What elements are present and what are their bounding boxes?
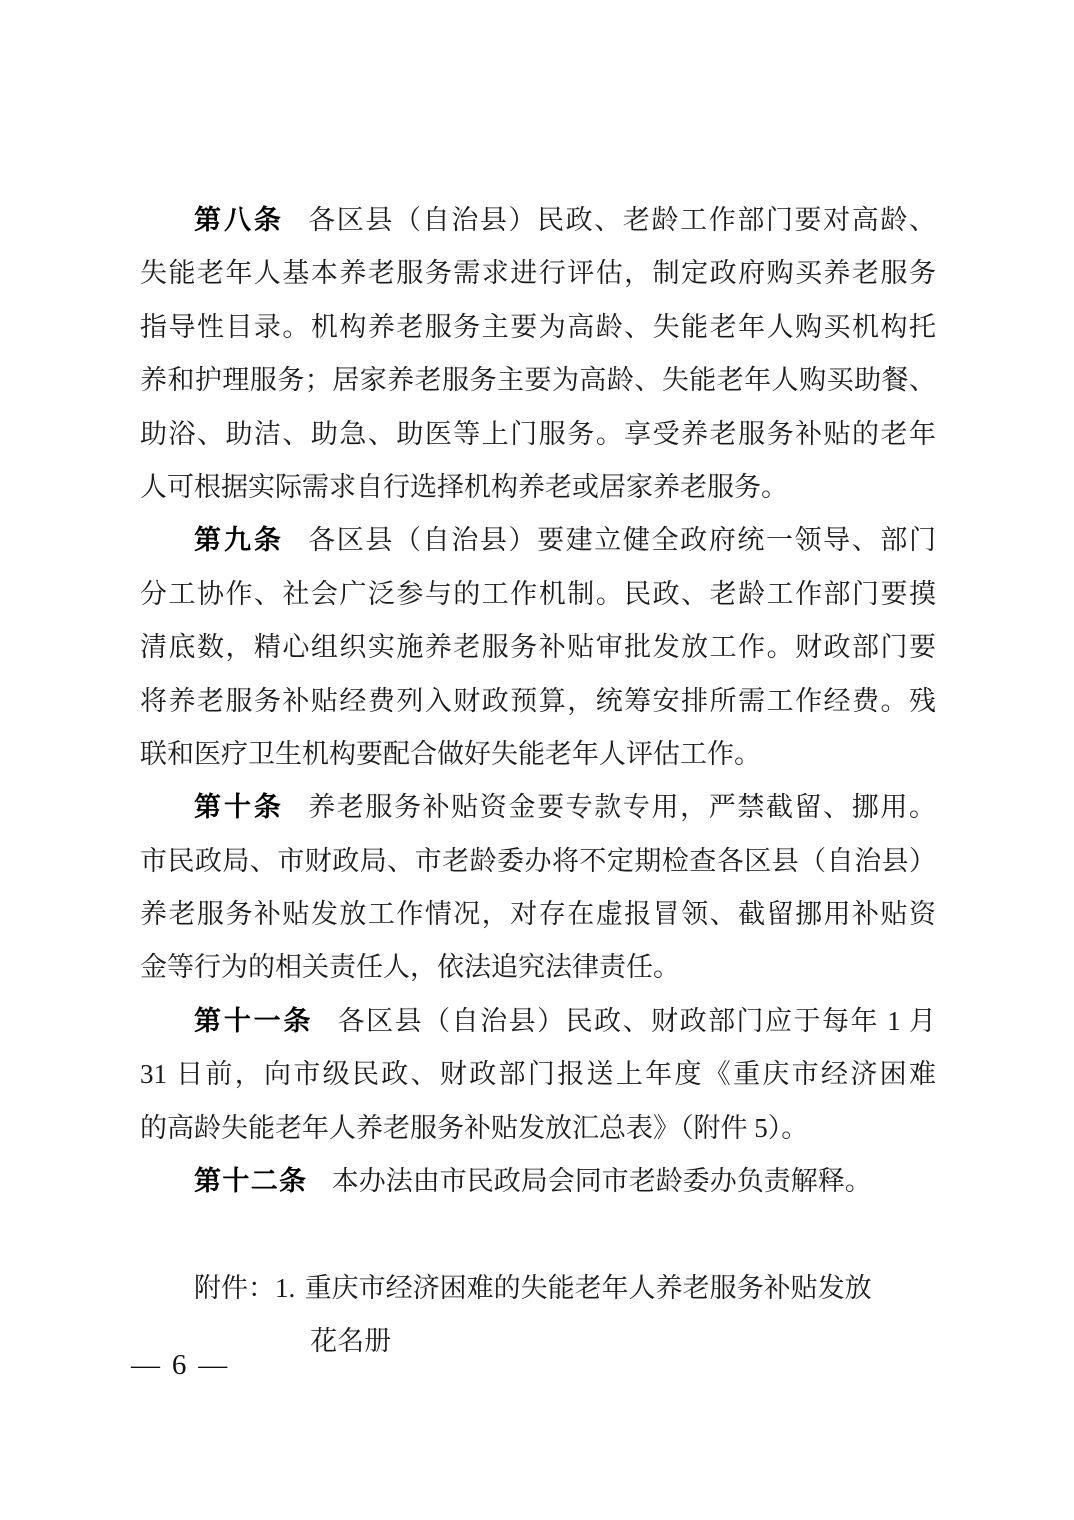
articles-container: 第八条各区县（自治县）民政、老龄工作部门要对高龄、失能老年人基本养老服务需求进行… (140, 194, 936, 1208)
article-paragraph-5: 第十二条本办法由市民政局会同市老龄委办负责解释。 (140, 1155, 936, 1208)
attachment-block: 附件：1.重庆市经济困难的失能老年人养老服务补贴发放 花名册 (140, 1262, 936, 1369)
attachment-line-1: 附件：1.重庆市经济困难的失能老年人养老服务补贴发放 (140, 1262, 936, 1315)
article-first-line: 第八条各区县（自治县）民政、老龄工作部门要对高龄、 (140, 194, 936, 247)
article-line: 养老服务补贴发放工作情况，对存在虚报冒领、截留挪用补贴资 (140, 888, 936, 941)
article-paragraph-4: 第十一条各区县（自治县）民政、财政部门应于每年 1 月31 日前，向市级民政、财… (140, 995, 936, 1155)
article-paragraph-2: 第九条各区县（自治县）要建立健全政府统一领导、部门分工协作、社会广泛参与的工作机… (140, 514, 936, 781)
article-line: 金等行为的相关责任人，依法追究法律责任。 (140, 941, 936, 994)
article-first-line: 第九条各区县（自治县）要建立健全政府统一领导、部门 (140, 514, 936, 567)
article-line: 将养老服务补贴经费列入财政预算，统筹安排所需工作经费。残 (140, 675, 936, 728)
article-first-line-text: 各区县（自治县）民政、财政部门应于每年 1 月 (338, 1006, 936, 1036)
article-line: 联和医疗卫生机构要配合做好失能老年人评估工作。 (140, 728, 936, 781)
attachment-label: 附件： (194, 1273, 275, 1303)
article-line: 市民政局、市财政局、市老龄委办将不定期检查各区县（自治县） (140, 835, 936, 888)
article-first-line-text: 各区县（自治县）民政、老龄工作部门要对高龄、 (308, 205, 936, 235)
article-line: 人可根据实际需求自行选择机构养老或居家养老服务。 (140, 461, 936, 514)
article-line: 的高龄失能老年人养老服务补贴发放汇总表》（附件 5）。 (140, 1102, 936, 1155)
article-line: 指导性目录。机构养老服务主要为高龄、失能老年人购买机构托 (140, 301, 936, 354)
document-body: 第八条各区县（自治县）民政、老龄工作部门要对高龄、失能老年人基本养老服务需求进行… (140, 194, 936, 1369)
attachment-item-number: 1. (275, 1273, 295, 1303)
article-line: 养和护理服务；居家养老服务主要为高龄、失能老年人购买助餐、 (140, 354, 936, 407)
article-line: 31 日前，向市级民政、财政部门报送上年度《重庆市经济困难 (140, 1048, 936, 1101)
document-page: 第八条各区县（自治县）民政、老龄工作部门要对高龄、失能老年人基本养老服务需求进行… (0, 0, 1074, 1520)
article-line: 助浴、助洁、助急、助医等上门服务。享受养老服务补贴的老年 (140, 408, 936, 461)
article-number-label: 第十条 (194, 792, 284, 822)
article-number-label: 第十一条 (194, 1006, 313, 1036)
article-number-label: 第十二条 (194, 1166, 307, 1196)
article-first-line: 第十二条本办法由市民政局会同市老龄委办负责解释。 (140, 1155, 936, 1208)
article-line: 分工协作、社会广泛参与的工作机制。民政、老龄工作部门要摸 (140, 568, 936, 621)
article-first-line: 第十一条各区县（自治县）民政、财政部门应于每年 1 月 (140, 995, 936, 1048)
article-paragraph-1: 第八条各区县（自治县）民政、老龄工作部门要对高龄、失能老年人基本养老服务需求进行… (140, 194, 936, 514)
attachment-item-text: 重庆市经济困难的失能老年人养老服务补贴发放 (305, 1273, 872, 1303)
article-first-line-text: 各区县（自治县）要建立健全政府统一领导、部门 (308, 525, 936, 555)
article-number-label: 第九条 (194, 525, 284, 555)
attachment-line-2: 花名册 (140, 1315, 936, 1368)
article-number-label: 第八条 (194, 205, 284, 235)
article-first-line-text: 养老服务补贴资金要专款专用，严禁截留、挪用。 (308, 792, 936, 822)
article-line: 失能老年人基本养老服务需求进行评估，制定政府购买养老服务 (140, 247, 936, 300)
article-line: 清底数，精心组织实施养老服务补贴审批发放工作。财政部门要 (140, 621, 936, 674)
article-first-line-text: 本办法由市民政局会同市老龄委办负责解释。 (332, 1166, 872, 1196)
article-paragraph-3: 第十条养老服务补贴资金要专款专用，严禁截留、挪用。市民政局、市财政局、市老龄委办… (140, 781, 936, 995)
article-first-line: 第十条养老服务补贴资金要专款专用，严禁截留、挪用。 (140, 781, 936, 834)
page-number: — 6 — (131, 1345, 230, 1385)
